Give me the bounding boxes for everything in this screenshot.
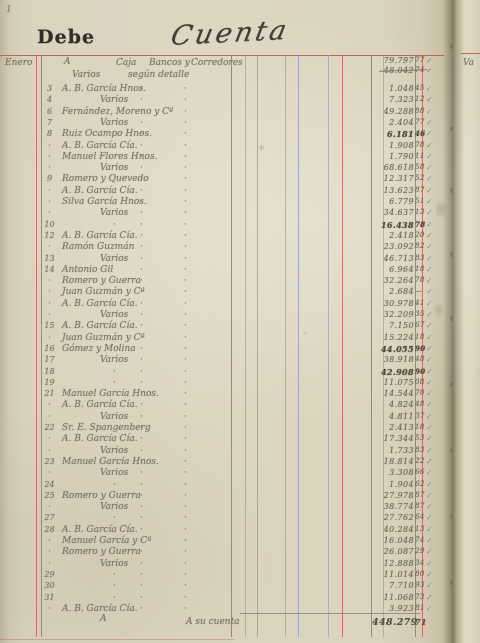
checkmark-icon: ✓ bbox=[426, 84, 438, 93]
amount-cell: 2.404 bbox=[378, 118, 414, 127]
description-cell: Varios bbox=[100, 355, 128, 365]
ledger-row: 29···11.01480✓ bbox=[0, 570, 480, 582]
day-cell: 18 bbox=[42, 367, 57, 376]
description-cell: Varios bbox=[100, 412, 128, 422]
opening-word: A bbox=[64, 57, 71, 67]
amount-cell: 42.908 bbox=[378, 367, 414, 377]
amount-cell: 1.904 bbox=[378, 480, 414, 489]
amount-cell: 2.413 bbox=[378, 423, 414, 432]
ditto-mark: · bbox=[184, 593, 187, 603]
amount-cell: 68.618 bbox=[378, 163, 414, 172]
ledger-row: 30···7.71093✓ bbox=[0, 581, 480, 593]
checkmark-icon: ✓ bbox=[426, 400, 438, 409]
ditto-mark: · bbox=[140, 457, 143, 467]
cents-cell: 37 bbox=[415, 412, 424, 420]
checkmark-icon: ✓ bbox=[426, 446, 438, 455]
description-cell: A. B. García Cía. bbox=[62, 299, 138, 309]
checkmark-icon: ✓ bbox=[426, 174, 438, 183]
opening-word: Caja bbox=[116, 58, 136, 68]
ditto-mark: · bbox=[184, 276, 187, 286]
cents-cell: 13 bbox=[415, 208, 424, 216]
day-cell: 24 bbox=[42, 480, 57, 489]
description-cell: Romero y Quevedo bbox=[62, 174, 149, 184]
cents-cell: 73 bbox=[415, 593, 424, 601]
ledger-row: ·A. B. García Cía.··4.82448✓ bbox=[0, 400, 480, 412]
day-cell: · bbox=[42, 536, 57, 545]
amount-cell: 7.150 bbox=[378, 321, 414, 330]
cents-cell: 51 bbox=[415, 197, 424, 205]
ditto-mark: · bbox=[140, 141, 143, 151]
ditto-mark: · bbox=[140, 367, 143, 377]
amount-cell: 16.438 bbox=[378, 220, 414, 230]
ditto-mark: · bbox=[140, 434, 143, 444]
ditto-mark: · bbox=[184, 400, 187, 410]
amount-cell: 6.181 bbox=[378, 129, 414, 139]
cents-cell: 62 bbox=[415, 480, 424, 488]
cents-cell: 78 bbox=[415, 141, 424, 149]
ditto-mark: · bbox=[140, 525, 143, 535]
amount-cell: 12.317 bbox=[378, 174, 414, 183]
ditto-mark: · bbox=[140, 412, 143, 422]
ditto-mark: · bbox=[184, 84, 187, 94]
cents-cell: — bbox=[415, 287, 424, 295]
amount-cell: 32.209 bbox=[378, 310, 414, 319]
ditto-mark: · bbox=[184, 604, 187, 614]
ledger-row: 14Antonio Gil··6.96418✓ bbox=[0, 265, 480, 277]
amount-cell: 6.964 bbox=[378, 265, 414, 274]
checkmark-icon: ✓ bbox=[426, 321, 438, 330]
day-cell: · bbox=[42, 163, 57, 172]
description-cell: · bbox=[113, 367, 116, 377]
ditto-mark: · bbox=[140, 423, 143, 433]
amount-cell: 2.684 bbox=[378, 287, 414, 296]
ledger-row: ·Ramón Guzmán··23.09282✓ bbox=[0, 242, 480, 254]
ditto-mark: · bbox=[140, 84, 143, 94]
checkmark-icon: ✓ bbox=[426, 186, 438, 195]
day-cell: · bbox=[42, 310, 57, 319]
description-cell: Antonio Gil bbox=[62, 265, 113, 275]
checkmark-icon: ✓ bbox=[426, 344, 438, 353]
description-cell: Varios bbox=[100, 95, 128, 105]
cents-cell: 12 bbox=[415, 95, 424, 103]
cents-cell: 11 bbox=[415, 152, 424, 160]
ditto-mark: · bbox=[184, 446, 187, 456]
ledger-page: 1 Debe Cuenta Enero A Caja Bancos y Corr… bbox=[0, 0, 480, 643]
day-cell: 9 bbox=[42, 174, 57, 183]
amount-cell: 18.814 bbox=[378, 457, 414, 466]
description-cell: Ramón Guzmán bbox=[62, 242, 134, 252]
day-cell: 15 bbox=[42, 321, 57, 330]
ditto-mark: · bbox=[140, 299, 143, 309]
checkmark-icon: ✓ bbox=[426, 513, 438, 522]
amount-cell: 27.762 bbox=[378, 513, 414, 522]
description-cell: A. B. García Cía. bbox=[62, 604, 138, 614]
ditto-mark: · bbox=[184, 525, 187, 535]
amount-cell: 34.637 bbox=[378, 208, 414, 217]
ledger-row: 9Romero y Quevedo··12.31752✓ bbox=[0, 174, 480, 186]
day-cell: · bbox=[42, 186, 57, 195]
amount-cell: 79.797 bbox=[378, 56, 414, 65]
day-cell: 29 bbox=[42, 570, 57, 579]
cents-cell: 18 bbox=[415, 333, 424, 341]
ditto-mark: · bbox=[184, 220, 187, 230]
amount-cell: 6.779 bbox=[378, 197, 414, 206]
description-cell: · bbox=[113, 480, 116, 490]
paper-blemish bbox=[436, 196, 446, 222]
cents-cell: 20 bbox=[415, 231, 424, 239]
ditto-mark: · bbox=[184, 355, 187, 365]
amount-cell: 1.733 bbox=[378, 446, 414, 455]
day-cell: · bbox=[42, 400, 57, 409]
ditto-mark: · bbox=[140, 570, 143, 580]
ledger-row: ·A. B. García Cía.··13.62387✓ bbox=[0, 186, 480, 198]
ditto-mark: · bbox=[184, 265, 187, 275]
ditto-mark: · bbox=[184, 118, 187, 128]
checkmark-icon: ✓ bbox=[426, 220, 438, 229]
description-cell: Varios bbox=[100, 310, 128, 320]
ditto-mark: · bbox=[184, 95, 187, 105]
checkmark-icon: ✓ bbox=[426, 163, 438, 172]
ditto-mark: · bbox=[184, 344, 187, 354]
day-cell: 16 bbox=[42, 344, 57, 353]
ditto-mark: · bbox=[184, 129, 187, 139]
ledger-row: 18···42.90890✓ bbox=[0, 367, 480, 379]
ditto-mark: · bbox=[140, 547, 143, 557]
day-cell: 7 bbox=[42, 118, 57, 127]
description-cell: Gómez y Molina bbox=[62, 344, 136, 354]
ditto-mark: · bbox=[140, 152, 143, 162]
description-cell: Varios bbox=[100, 254, 128, 264]
ditto-mark: · bbox=[140, 378, 143, 388]
checkmark-icon: ✓ bbox=[426, 355, 438, 364]
day-cell: 22 bbox=[42, 423, 57, 432]
ditto-mark: · bbox=[140, 321, 143, 331]
checkmark-icon: ✓ bbox=[426, 152, 438, 161]
next-sheet-rule-peek bbox=[0, 639, 235, 640]
amount-cell: 16.048 bbox=[378, 536, 414, 545]
amount-cell: 15.224 bbox=[378, 333, 414, 342]
ditto-mark: · bbox=[184, 423, 187, 433]
cents-cell: 88 bbox=[415, 107, 424, 115]
description-cell: A. B. García Cía. bbox=[62, 186, 138, 196]
ditto-mark: · bbox=[184, 107, 187, 117]
binding-gutter bbox=[443, 0, 463, 643]
amount-cell: 46.713 bbox=[378, 254, 414, 263]
cents-cell: 45 bbox=[415, 84, 424, 92]
amount-cell: 7.710 bbox=[378, 581, 414, 590]
cents-cell: 41 bbox=[415, 299, 424, 307]
cents-cell: 18 bbox=[415, 265, 424, 273]
day-cell: 6 bbox=[42, 107, 57, 116]
page-title: Cuenta bbox=[168, 15, 292, 52]
ditto-mark: · bbox=[140, 197, 143, 207]
cents-cell: 58 bbox=[415, 163, 424, 171]
ditto-mark: · bbox=[184, 434, 187, 444]
checkmark-icon: ✓ bbox=[426, 66, 433, 75]
day-cell: 17 bbox=[42, 355, 57, 364]
amount-cell: 1.908 bbox=[378, 141, 414, 150]
day-cell: 8 bbox=[42, 129, 57, 138]
cents-cell: 13 bbox=[415, 525, 424, 533]
ledger-row: 4Varios··7.32312✓ bbox=[0, 95, 480, 107]
total-amount: 448.279 bbox=[372, 617, 414, 628]
ledger-row: 15A. B. García Cía.··7.15067✓ bbox=[0, 321, 480, 333]
ditto-mark: · bbox=[184, 254, 187, 264]
ledger-row: 13Varios··46.71383✓ bbox=[0, 254, 480, 266]
day-cell: · bbox=[42, 412, 57, 421]
checkmark-icon: ✓ bbox=[426, 129, 438, 138]
description-cell: Varios bbox=[100, 163, 128, 173]
ditto-mark: · bbox=[184, 321, 187, 331]
description-cell: Varios bbox=[100, 502, 128, 512]
cents-cell: 34 bbox=[415, 559, 424, 567]
ledger-row: 19···11.07508✓ bbox=[0, 378, 480, 390]
checkmark-icon: ✓ bbox=[426, 423, 438, 432]
total-underline bbox=[240, 613, 420, 614]
ditto-mark: · bbox=[140, 355, 143, 365]
ditto-mark: · bbox=[184, 163, 187, 173]
ditto-mark: · bbox=[140, 265, 143, 275]
paper-blemish bbox=[434, 300, 443, 320]
description-cell: · bbox=[113, 581, 116, 591]
next-page-header-rule bbox=[461, 53, 480, 54]
page-number: 1 bbox=[6, 5, 12, 15]
ledger-row: ·Varios··1.73383✓ bbox=[0, 446, 480, 458]
amount-cell: 11.068 bbox=[378, 593, 414, 602]
ditto-mark: · bbox=[184, 287, 187, 297]
ditto-mark: · bbox=[184, 491, 187, 501]
ditto-mark: · bbox=[184, 468, 187, 478]
checkmark-icon: ✓ bbox=[426, 559, 438, 568]
checkmark-icon: ✓ bbox=[426, 468, 438, 477]
ditto-mark: · bbox=[184, 333, 187, 343]
day-cell: 31 bbox=[42, 593, 57, 602]
checkmark-icon: ✓ bbox=[426, 254, 438, 263]
description-cell: Romero y Guerra bbox=[62, 491, 141, 501]
description-cell: Varios bbox=[100, 446, 128, 456]
ledger-row: ·Manuel Flores Hnos.··1.79011✓ bbox=[0, 152, 480, 164]
ditto-mark: · bbox=[184, 208, 187, 218]
checkmark-icon: ✓ bbox=[426, 502, 438, 511]
description-cell: Ruiz Ocampo Hnos. bbox=[62, 129, 152, 139]
ditto-mark: · bbox=[140, 593, 143, 603]
day-cell: · bbox=[42, 434, 57, 443]
checkmark-icon: ✓ bbox=[426, 389, 438, 398]
paper-blemish bbox=[302, 330, 308, 336]
ledger-row: 17Varios··38.91848✓ bbox=[0, 355, 480, 367]
ditto-mark: · bbox=[140, 480, 143, 490]
checkmark-icon: ✓ bbox=[426, 287, 438, 296]
opening-word: Bancos y bbox=[149, 58, 190, 68]
day-cell: 10 bbox=[42, 220, 57, 229]
cents-cell: 46 bbox=[415, 129, 424, 138]
day-cell: · bbox=[42, 242, 57, 251]
checkmark-icon: ✓ bbox=[426, 276, 438, 285]
ditto-mark: · bbox=[140, 208, 143, 218]
description-cell: A. B. García Cía. bbox=[62, 231, 138, 241]
description-cell: · bbox=[113, 593, 116, 603]
cents-cell: 82 bbox=[415, 242, 424, 250]
ditto-mark: · bbox=[140, 231, 143, 241]
ditto-mark: · bbox=[140, 468, 143, 478]
checkmark-icon: ✓ bbox=[426, 491, 438, 500]
ledger-row: 28A. B. García Cía.··40.28413✓ bbox=[0, 525, 480, 537]
checkmark-icon: ✓ bbox=[426, 367, 438, 376]
ditto-mark: · bbox=[184, 367, 187, 377]
description-cell: Varios bbox=[100, 208, 128, 218]
checkmark-icon: ✓ bbox=[426, 118, 438, 127]
amount-cell: 3.308 bbox=[378, 468, 414, 477]
ditto-mark: · bbox=[140, 254, 143, 264]
day-cell: 25 bbox=[42, 491, 57, 500]
amount-cell: 4.811 bbox=[378, 412, 414, 421]
amount-cell: 14.544 bbox=[378, 389, 414, 398]
ditto-mark: · bbox=[140, 604, 143, 614]
day-cell: 21 bbox=[42, 389, 57, 398]
amount-cell: 44.055 bbox=[378, 344, 414, 354]
amount-cell: 23.092 bbox=[378, 242, 414, 251]
ditto-mark: · bbox=[184, 141, 187, 151]
ditto-mark: · bbox=[140, 242, 143, 252]
cents-cell: 83 bbox=[415, 254, 424, 262]
cents-cell: 70 bbox=[415, 389, 424, 397]
ditto-mark: · bbox=[140, 276, 143, 286]
ledger-row: 6Fernández, Moreno y Cª··49.28888✓ bbox=[0, 107, 480, 119]
day-cell: · bbox=[42, 208, 57, 217]
amount-cell: 49.288 bbox=[378, 107, 414, 116]
ditto-mark: · bbox=[184, 412, 187, 422]
checkmark-icon: ✓ bbox=[426, 525, 438, 534]
cents-cell: 08 bbox=[415, 378, 424, 386]
description-cell: A. B. García Cía. bbox=[62, 141, 138, 151]
ditto-mark: · bbox=[184, 231, 187, 241]
checkmark-icon: ✓ bbox=[426, 480, 438, 489]
ditto-mark: · bbox=[184, 389, 187, 399]
checkmark-icon: ✓ bbox=[426, 536, 438, 545]
day-cell: · bbox=[42, 276, 57, 285]
day-cell: · bbox=[42, 446, 57, 455]
ditto-mark: · bbox=[140, 95, 143, 105]
ditto-mark: · bbox=[184, 547, 187, 557]
ledger-row: 25Romero y Guerra··27.97887✓ bbox=[0, 491, 480, 503]
paper-blemish bbox=[258, 144, 265, 151]
ditto-mark: · bbox=[140, 559, 143, 569]
amount-cell: 11.014 bbox=[378, 570, 414, 579]
ditto-mark: · bbox=[184, 174, 187, 184]
description-cell: Manuel García y Cª bbox=[62, 536, 151, 546]
cents-cell: 87 bbox=[415, 186, 424, 194]
ditto-mark: · bbox=[140, 400, 143, 410]
cents-cell: 22 bbox=[415, 457, 424, 465]
amount-cell: 40.284 bbox=[378, 525, 414, 534]
checkmark-icon: ✓ bbox=[426, 56, 433, 65]
debit-side-label: Debe bbox=[37, 26, 95, 48]
amount-cell: 7.323 bbox=[378, 95, 414, 104]
cents-cell: 90 bbox=[415, 344, 424, 353]
checkmark-icon: ✓ bbox=[426, 457, 438, 466]
cents-cell: 80 bbox=[415, 570, 424, 578]
amount-cell: 30.978 bbox=[378, 299, 414, 308]
ditto-mark: · bbox=[140, 310, 143, 320]
description-cell: Juan Guzmán y Cª bbox=[62, 287, 145, 297]
day-cell: · bbox=[42, 547, 57, 556]
cents-cell: 78 bbox=[415, 220, 424, 229]
cents-cell: 29 bbox=[415, 547, 424, 555]
ledger-row: ·A. B. García Cía.··1.90878✓ bbox=[0, 141, 480, 153]
description-cell: · bbox=[113, 220, 116, 230]
amount-cell: 13.623 bbox=[378, 186, 414, 195]
day-cell: 19 bbox=[42, 378, 57, 387]
description-cell: A. B. García Hnos. bbox=[62, 84, 146, 94]
description-cell: Fernández, Moreno y Cª bbox=[62, 107, 173, 117]
carry-forward-note: Va bbox=[463, 58, 474, 68]
ledger-row: ·Varios··12.88834✓ bbox=[0, 559, 480, 571]
ledger-row: ·Silva García Hnos.··6.77951✓ bbox=[0, 197, 480, 209]
checkmark-icon: ✓ bbox=[426, 581, 438, 590]
amount-cell: 32.264 bbox=[378, 276, 414, 285]
amount-cell: 4.824 bbox=[378, 400, 414, 409]
ditto-mark: · bbox=[184, 559, 187, 569]
description-cell: Manuel García Hnos. bbox=[62, 457, 159, 467]
day-cell: · bbox=[42, 468, 57, 477]
ditto-mark: · bbox=[184, 581, 187, 591]
ditto-mark: · bbox=[184, 299, 187, 309]
ledger-row: 16Gómez y Molina··44.05590✓ bbox=[0, 344, 480, 356]
description-cell: Romero y Guerra bbox=[62, 276, 141, 286]
ditto-mark: · bbox=[184, 378, 187, 388]
cents-cell: 35 bbox=[415, 310, 424, 318]
cents-cell: 90 bbox=[415, 367, 424, 376]
ledger-row: ·Romero y Guerra··26.08729✓ bbox=[0, 547, 480, 559]
day-cell: 3 bbox=[42, 84, 57, 93]
description-cell: Romero y Guerra bbox=[62, 547, 141, 557]
cents-cell: 87 bbox=[415, 491, 424, 499]
amount-cell: 1.790 bbox=[378, 152, 414, 161]
amount-cell: 2.418 bbox=[378, 231, 414, 240]
ledger-row: 24···1.90462✓ bbox=[0, 480, 480, 492]
day-cell: · bbox=[42, 197, 57, 206]
ditto-mark: · bbox=[184, 186, 187, 196]
description-cell: · bbox=[113, 570, 116, 580]
total-label-a: A bbox=[100, 614, 107, 624]
day-cell: 13 bbox=[42, 254, 57, 263]
checkmark-icon: ✓ bbox=[426, 604, 438, 613]
entry-word: Varios bbox=[72, 70, 100, 80]
cents-cell: 78 bbox=[415, 276, 424, 284]
ditto-mark: · bbox=[140, 163, 143, 173]
description-cell: Varios bbox=[100, 118, 128, 128]
ledger-row: ·A. B. García Cía.··30.97841✓ bbox=[0, 299, 480, 311]
ditto-mark: · bbox=[140, 129, 143, 139]
checkmark-icon: ✓ bbox=[426, 593, 438, 602]
day-cell: 12 bbox=[42, 231, 57, 240]
description-cell: Varios bbox=[100, 559, 128, 569]
description-cell: Manuel García Hnos. bbox=[62, 389, 159, 399]
ditto-mark: · bbox=[140, 118, 143, 128]
description-cell: Varios bbox=[100, 468, 128, 478]
checkmark-icon: ✓ bbox=[426, 412, 438, 421]
day-cell: · bbox=[42, 502, 57, 511]
ditto-mark: · bbox=[140, 220, 143, 230]
amount-cell: 38.918 bbox=[378, 355, 414, 364]
description-cell: A. B. García Cía. bbox=[62, 321, 138, 331]
total-cents: 71 bbox=[415, 617, 424, 627]
description-cell: Silva García Hnos. bbox=[62, 197, 147, 207]
day-cell: 27 bbox=[42, 513, 57, 522]
cents-cell: 18 bbox=[415, 423, 424, 431]
ledger-row: 8Ruiz Ocampo Hnos.··6.18146✓ bbox=[0, 129, 480, 141]
amount-cell: 3.923 bbox=[378, 604, 414, 613]
